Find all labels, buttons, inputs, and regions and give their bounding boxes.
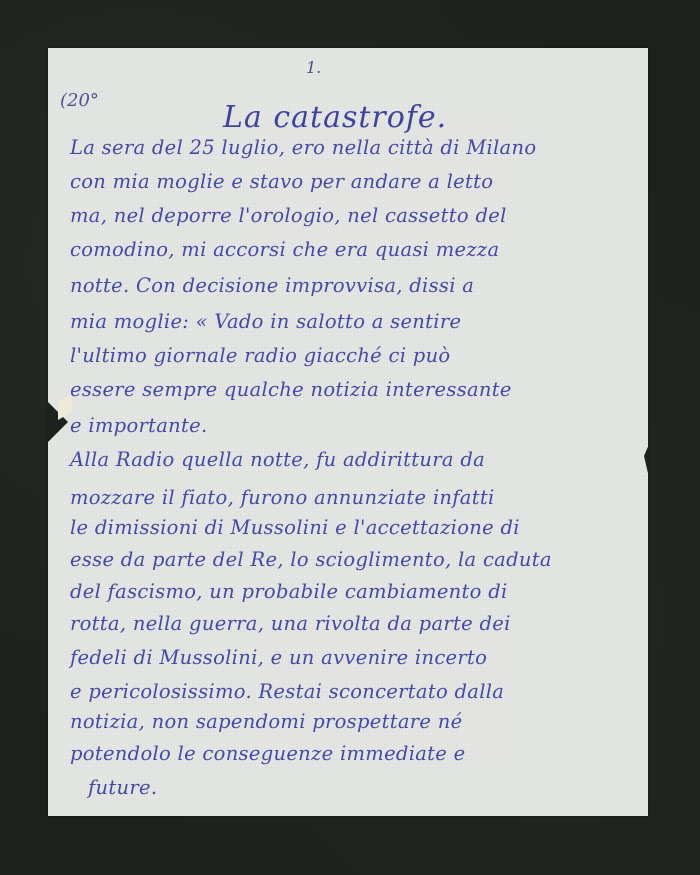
text-line: notizia, non sapendomi prospettare né — [70, 710, 640, 733]
text-line: fedeli di Mussolini, e un avvenire incer… — [70, 646, 640, 669]
letter-page: 1. (20° La catastrofe. La sera del 25 lu… — [48, 48, 648, 816]
text-line: essere sempre qualche notizia interessan… — [70, 378, 640, 401]
torn-edge-right — [644, 442, 650, 482]
text-line: ma, nel deporre l'orologio, nel cassetto… — [70, 204, 640, 227]
text-line: mozzare il fiato, furono annunziate infa… — [70, 486, 640, 509]
letter-title: La catastrofe. — [223, 100, 447, 135]
text-line: le dimissioni di Mussolini e l'accettazi… — [70, 516, 640, 539]
text-line: potendolo le conseguenze immediate e — [70, 742, 640, 765]
text-line: con mia moglie e stavo per andare a lett… — [70, 170, 640, 193]
text-line: l'ultimo giornale radio giacché ci può — [70, 344, 640, 367]
text-line: future. — [88, 776, 658, 799]
text-line: del fascismo, un probabile cambiamento d… — [70, 580, 640, 603]
margin-note: (20° — [60, 90, 99, 111]
text-line: mia moglie: « Vado in salotto a sentire — [70, 310, 640, 333]
page-number: 1. — [306, 58, 321, 77]
text-line: e importante. — [70, 414, 640, 437]
text-line: notte. Con decisione improvvisa, dissi a — [70, 274, 640, 297]
text-line: esse da parte del Re, lo scioglimento, l… — [70, 548, 640, 571]
text-line: Alla Radio quella notte, fu addirittura … — [70, 448, 640, 471]
text-line: rotta, nella guerra, una rivolta da part… — [70, 612, 640, 635]
text-line: e pericolosissimo. Restai sconcertato da… — [70, 680, 640, 703]
text-line: La sera del 25 luglio, ero nella città d… — [70, 136, 640, 159]
text-line: comodino, mi accorsi che era quasi mezza — [70, 238, 640, 261]
